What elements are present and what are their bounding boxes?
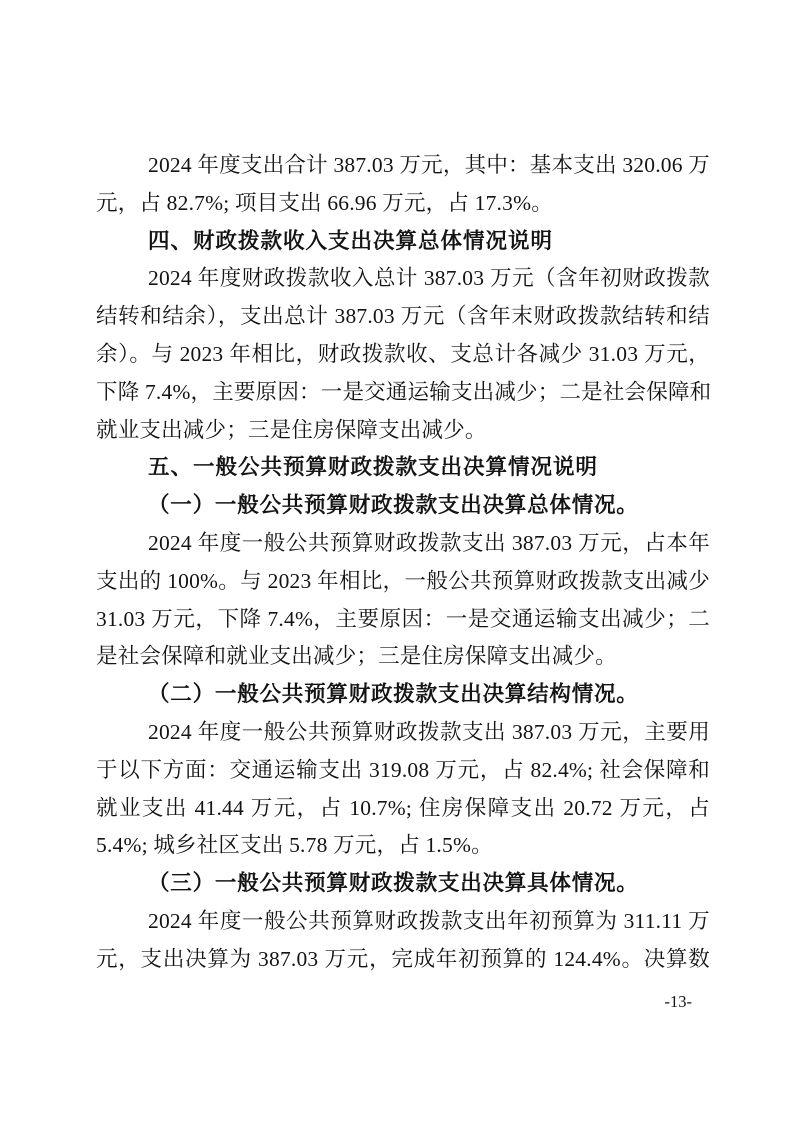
body-text-line: 下降 7.4%，主要原因：一是交通运输支出减少；二是社会保障和	[96, 374, 710, 412]
body-text-line: 2024 年度支出合计 387.03 万元，其中：基本支出 320.06 万	[96, 147, 710, 185]
body-text-line: 2024 年度一般公共预算财政拨款支出 387.03 万元，主要用	[96, 714, 710, 752]
body-text-line: 2024 年度财政拨款收入总计 387.03 万元（含年初财政拨款	[96, 260, 710, 298]
body-text-line: 结转和结余），支出总计 387.03 万元（含年末财政拨款结转和结	[96, 298, 710, 336]
page-number: -13-	[665, 988, 693, 1016]
heading-section-5: 五、一般公共预算财政拨款支出决算情况说明	[96, 449, 710, 487]
heading-section-4: 四、财政拨款收入支出决算总体情况说明	[96, 223, 710, 261]
body-text-line: 于以下方面：交通运输支出 319.08 万元，占 82.4%; 社会保障和	[96, 752, 710, 790]
document-page: 2024 年度支出合计 387.03 万元，其中：基本支出 320.06 万 元…	[0, 0, 793, 1122]
subheading-5-3: （三）一般公共预算财政拨款支出决算具体情况。	[96, 865, 710, 903]
body-text-line: 2024 年度一般公共预算财政拨款支出 387.03 万元，占本年	[96, 525, 710, 563]
body-text-line: 5.4%; 城乡社区支出 5.78 万元，占 1.5%。	[96, 827, 710, 865]
body-text-line: 2024 年度一般公共预算财政拨款支出年初预算为 311.11 万	[96, 903, 710, 941]
document-body: 2024 年度支出合计 387.03 万元，其中：基本支出 320.06 万 元…	[96, 147, 710, 979]
subheading-5-2: （二）一般公共预算财政拨款支出决算结构情况。	[96, 676, 710, 714]
body-text-line: 31.03 万元，下降 7.4%，主要原因：一是交通运输支出减少；二	[96, 601, 710, 639]
body-text-line: 就业支出 41.44 万元，占 10.7%; 住房保障支出 20.72 万元，占	[96, 790, 710, 828]
body-text-line: 元，支出决算为 387.03 万元，完成年初预算的 124.4%。决算数	[96, 941, 710, 979]
body-text-line: 元，占 82.7%; 项目支出 66.96 万元，占 17.3%。	[96, 185, 710, 223]
body-text-line: 余）。与 2023 年相比，财政拨款收、支总计各减少 31.03 万元，	[96, 336, 710, 374]
subheading-5-1: （一）一般公共预算财政拨款支出决算总体情况。	[96, 487, 710, 525]
body-text-line: 是社会保障和就业支出减少；三是住房保障支出减少。	[96, 638, 710, 676]
body-text-line: 支出的 100%。与 2023 年相比，一般公共预算财政拨款支出减少	[96, 563, 710, 601]
body-text-line: 就业支出减少；三是住房保障支出减少。	[96, 412, 710, 450]
